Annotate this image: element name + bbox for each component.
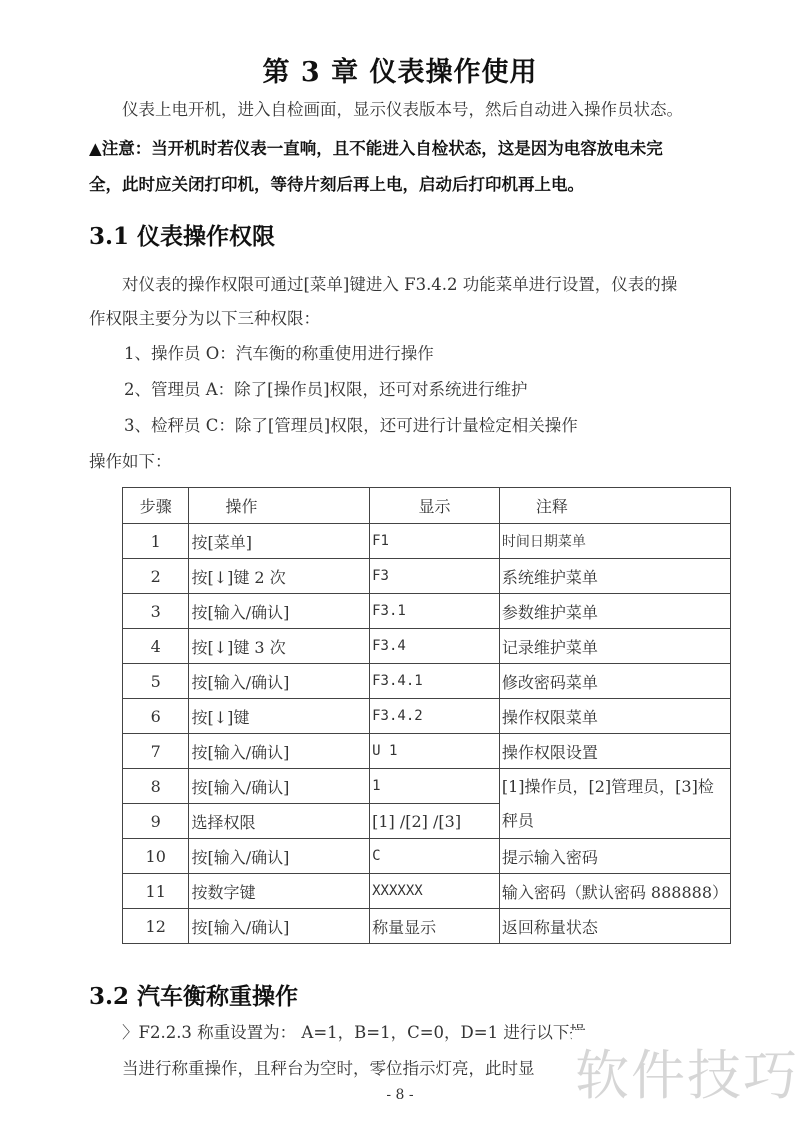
note-cell: 提示输入密码 xyxy=(499,839,730,874)
warning-note-line-1: ▲注意：当开机时若仪表一直响，且不能进入自检状态，这是因为电容放电未完 xyxy=(89,135,663,159)
note-cell: 时间日期菜单 xyxy=(499,524,730,559)
note-cell: 修改密码菜单 xyxy=(499,664,730,699)
note-cell: 参数维护菜单 xyxy=(499,594,730,629)
operation-cell: 按[↓]键 2 次 xyxy=(189,559,370,594)
operation-cell: 按[输入/确认] xyxy=(189,909,370,944)
warning-note-line-2: 全，此时应关闭打印机，等待片刻后再上电，启动后打印机再上电。 xyxy=(89,171,584,195)
operations-label: 操作如下： xyxy=(89,452,172,472)
operation-cell: 按[输入/确认] xyxy=(189,594,370,629)
step-cell: 11 xyxy=(123,874,189,909)
weighing-setting-line: 〉F2.2.3 称重设置为： A=1，B=1，C=0，D=1 进行以下操 xyxy=(122,1023,586,1043)
note-cell: 返回称量状态 xyxy=(499,909,730,944)
display-cell: F1 xyxy=(370,524,500,559)
operation-cell: 按[菜单] xyxy=(189,524,370,559)
operation-steps-table: 步骤 操作 显示 注释 1 按[菜单] F1 时间日期菜单 2 按[↓]键 2 … xyxy=(122,487,731,944)
table-row: 2 按[↓]键 2 次 F3 系统维护菜单 xyxy=(123,559,731,594)
table-row: 5 按[输入/确认] F3.4.1 修改密码菜单 xyxy=(123,664,731,699)
permission-item-operator: 1、操作员 O：汽车衡的称重使用进行操作 xyxy=(124,344,434,364)
table-row: 6 按[↓]键 F3.4.2 操作权限菜单 xyxy=(123,699,731,734)
note-cell: 输入密码（默认密码 888888） xyxy=(499,874,730,909)
table-row: 4 按[↓]键 3 次 F3.4 记录维护菜单 xyxy=(123,629,731,664)
table-row: 8 按[输入/确认] 1 [1]操作员，[2]管理员，[3]检秤员 xyxy=(123,769,731,804)
step-cell: 2 xyxy=(123,559,189,594)
step-cell: 8 xyxy=(123,769,189,804)
step-cell: 5 xyxy=(123,664,189,699)
display-cell: F3.4.1 xyxy=(370,664,500,699)
display-cell: [1] /[2] /[3] xyxy=(370,804,500,839)
display-cell: 称量显示 xyxy=(370,909,500,944)
display-cell: F3.1 xyxy=(370,594,500,629)
note-cell-merged: [1]操作员，[2]管理员，[3]检秤员 xyxy=(499,769,730,839)
display-cell: XXXXXX xyxy=(370,874,500,909)
step-cell: 9 xyxy=(123,804,189,839)
permission-item-inspector: 3、检秤员 C：除了[管理员]权限，还可进行计量检定相关操作 xyxy=(124,416,578,436)
table-row: 1 按[菜单] F1 时间日期菜单 xyxy=(123,524,731,559)
step-cell: 7 xyxy=(123,734,189,769)
step-cell: 10 xyxy=(123,839,189,874)
weighing-operation-line: 当进行称重操作，且秤台为空时，零位指示灯亮，此时显 xyxy=(122,1059,535,1079)
note-cell: 操作权限设置 xyxy=(499,734,730,769)
display-cell: C xyxy=(370,839,500,874)
table-row: 12 按[输入/确认] 称量显示 返回称量状态 xyxy=(123,909,731,944)
section-title-3-1: 3.1 仪表操作权限 xyxy=(89,218,275,251)
intro-paragraph: 仪表上电开机，进入自检画面，显示仪表版本号，然后自动进入操作员状态。 xyxy=(122,100,683,120)
step-cell: 3 xyxy=(123,594,189,629)
permission-item-admin: 2、管理员 A：除了[操作员]权限，还可对系统进行维护 xyxy=(124,380,528,400)
note-cell: 操作权限菜单 xyxy=(499,699,730,734)
table-row: 11 按数字键 XXXXXX 输入密码（默认密码 888888） xyxy=(123,874,731,909)
header-note: 注释 xyxy=(499,488,730,524)
permissions-paragraph-line-2: 作权限主要分为以下三种权限： xyxy=(89,309,320,329)
display-cell: F3.4.2 xyxy=(370,699,500,734)
operation-cell: 按[输入/确认] xyxy=(189,664,370,699)
operation-cell: 选择权限 xyxy=(189,804,370,839)
display-cell: F3 xyxy=(370,559,500,594)
operation-cell: 按[↓]键 xyxy=(189,699,370,734)
step-cell: 6 xyxy=(123,699,189,734)
operation-cell: 按[输入/确认] xyxy=(189,839,370,874)
note-cell: 系统维护菜单 xyxy=(499,559,730,594)
operation-cell: 按[↓]键 3 次 xyxy=(189,629,370,664)
step-cell: 4 xyxy=(123,629,189,664)
header-display: 显示 xyxy=(370,488,500,524)
table-row: 7 按[输入/确认] U 1 操作权限设置 xyxy=(123,734,731,769)
permissions-paragraph-line-1: 对仪表的操作权限可通过[菜单]键进入 F3.4.2 功能菜单进行设置，仪表的操 xyxy=(122,275,677,295)
operation-cell: 按[输入/确认] xyxy=(189,769,370,804)
table-row: 10 按[输入/确认] C 提示输入密码 xyxy=(123,839,731,874)
chapter-title: 第 3 章 仪表操作使用 xyxy=(0,50,800,89)
display-cell: 1 xyxy=(370,769,500,804)
header-operation: 操作 xyxy=(189,488,370,524)
note-cell: 记录维护菜单 xyxy=(499,629,730,664)
section-title-3-2: 3.2 汽车衡称重操作 xyxy=(89,978,298,1011)
table-row: 3 按[输入/确认] F3.1 参数维护菜单 xyxy=(123,594,731,629)
display-cell: U 1 xyxy=(370,734,500,769)
watermark-text: 软件技巧 xyxy=(575,1033,799,1110)
header-step: 步骤 xyxy=(123,488,189,524)
step-cell: 12 xyxy=(123,909,189,944)
table-header-row: 步骤 操作 显示 注释 xyxy=(123,488,731,524)
operation-cell: 按数字键 xyxy=(189,874,370,909)
step-cell: 1 xyxy=(123,524,189,559)
operation-cell: 按[输入/确认] xyxy=(189,734,370,769)
display-cell: F3.4 xyxy=(370,629,500,664)
